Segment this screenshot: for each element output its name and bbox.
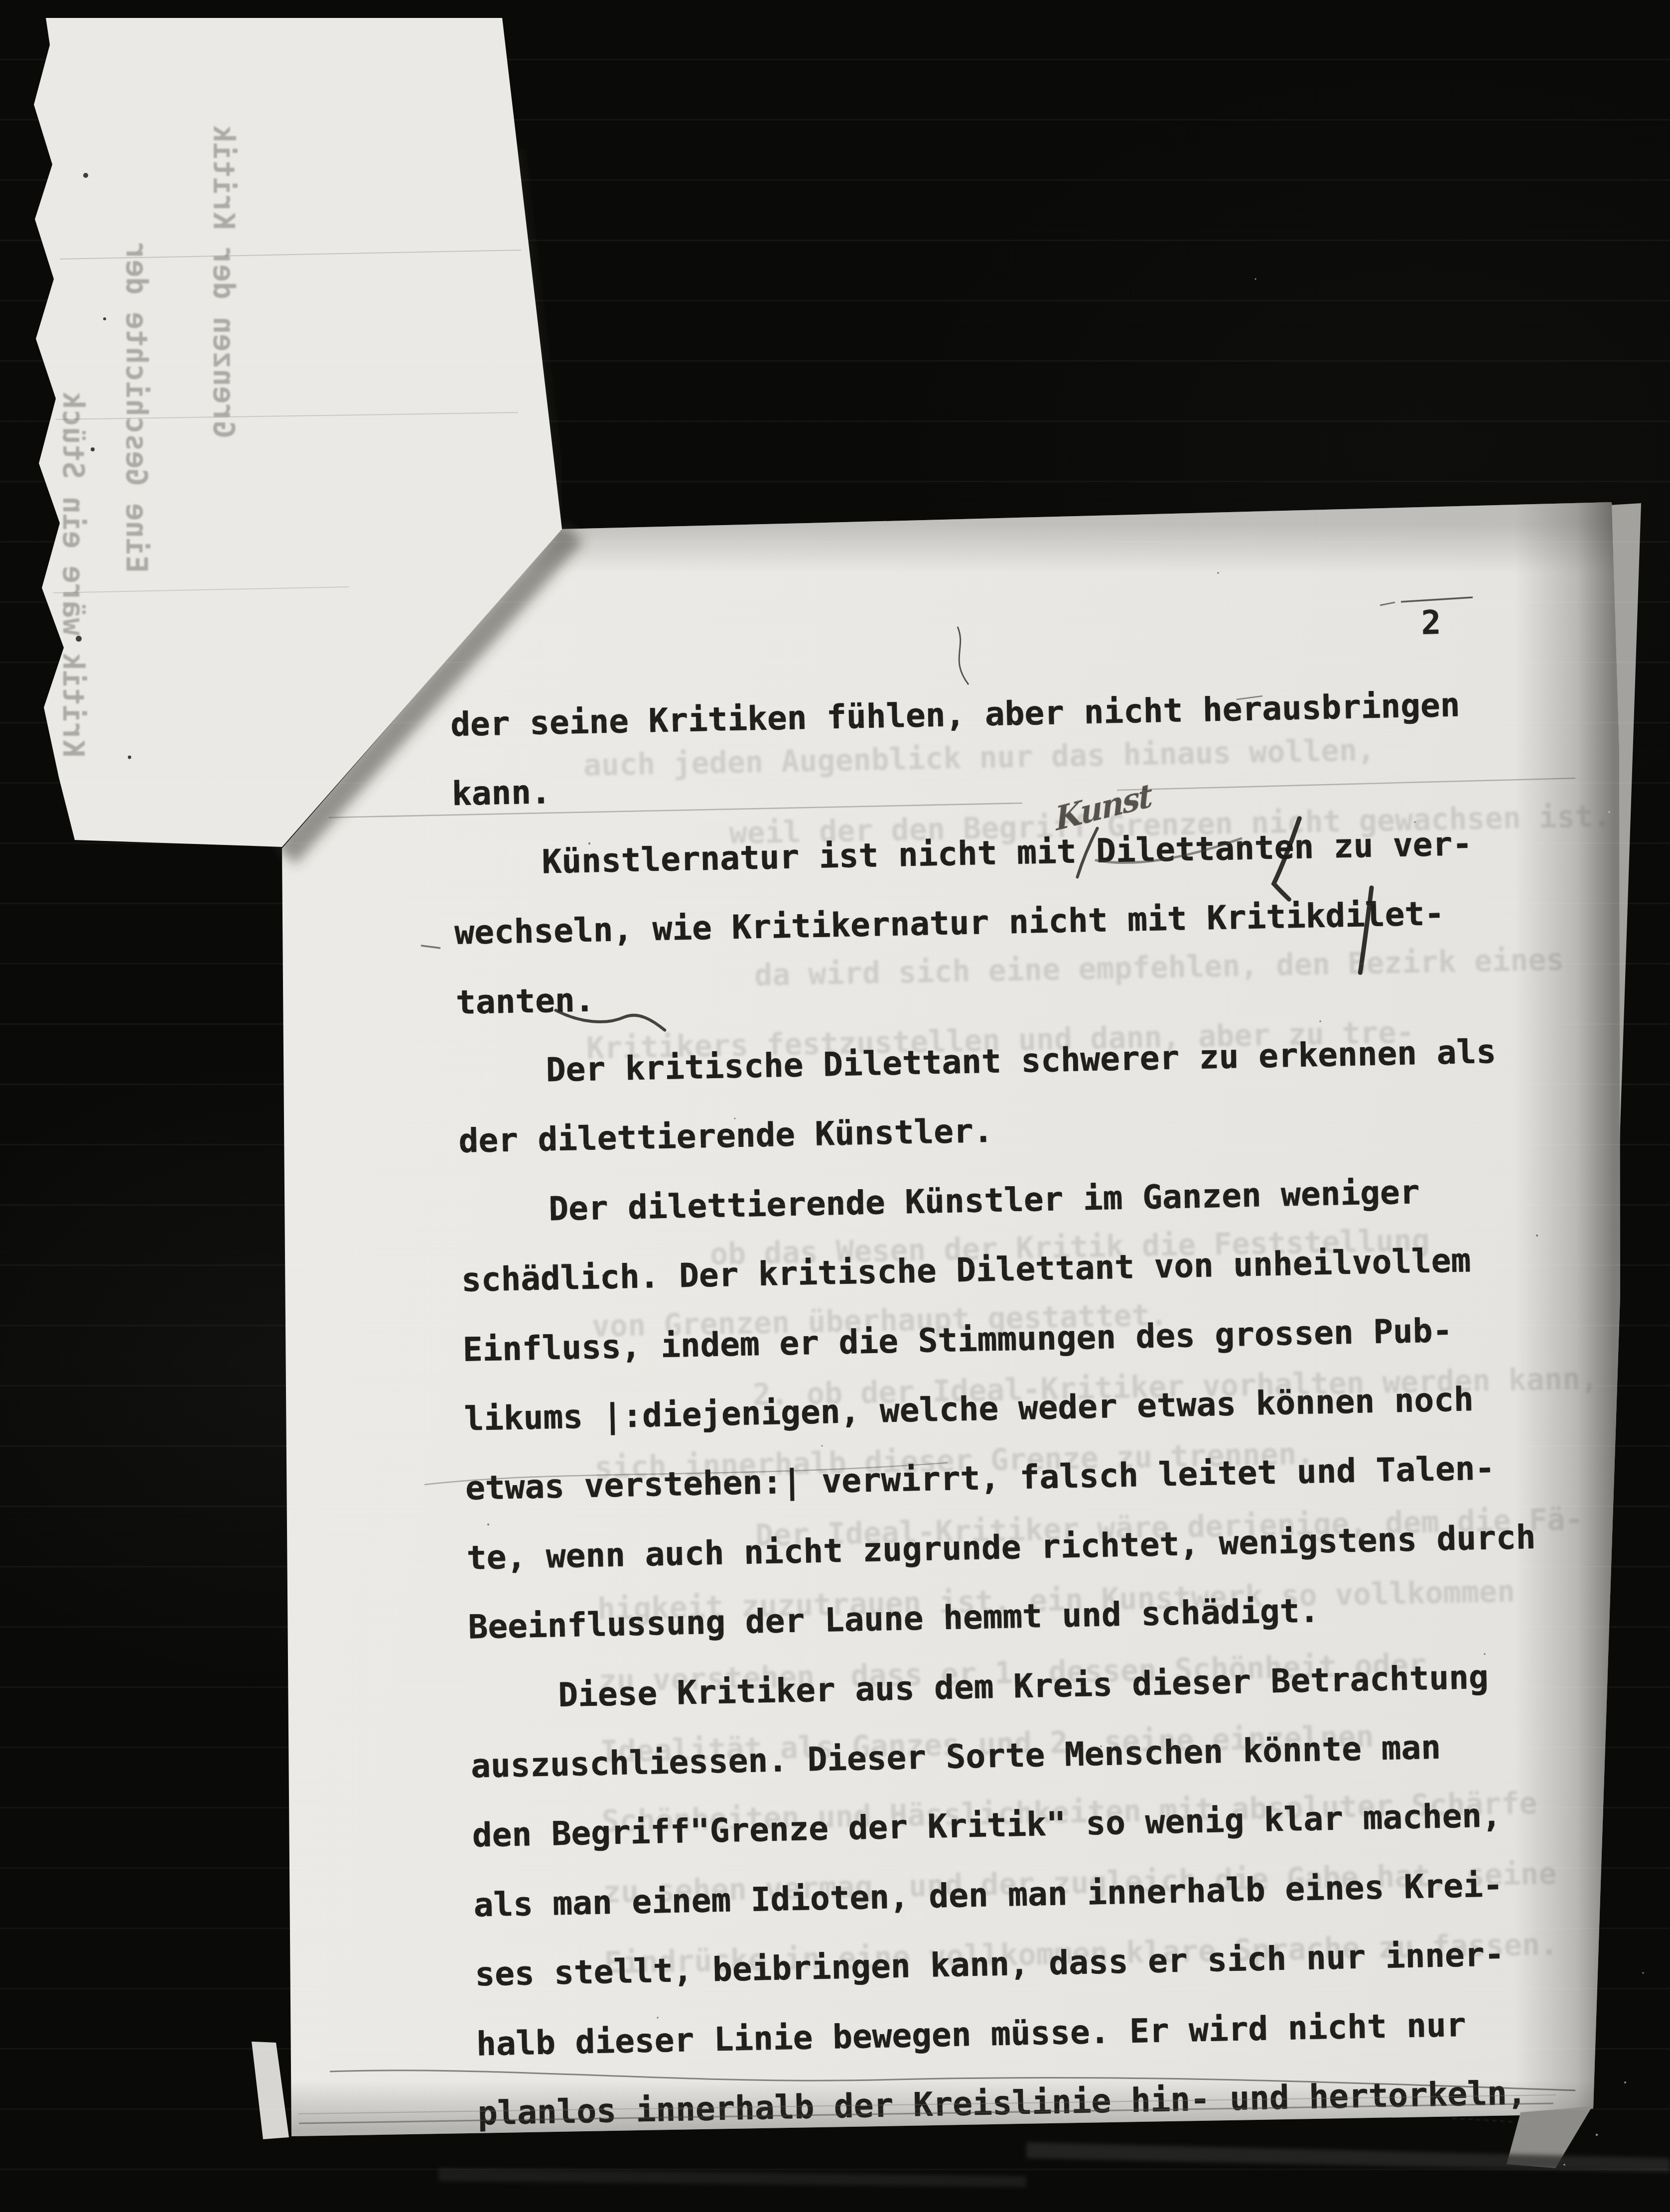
fragment-marks-and-dust — [0, 0, 1670, 2212]
archival-scan: 2 auch jeden Augenblick nur das hinaus w… — [0, 0, 1670, 2212]
